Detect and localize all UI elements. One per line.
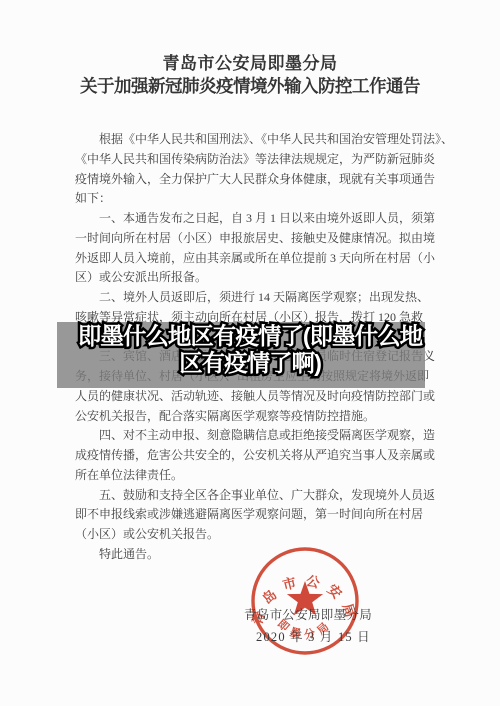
headline-line2: 区有疫情了啊) bbox=[0, 350, 500, 377]
doc-line: 如下： bbox=[75, 189, 437, 209]
doc-line: 根据《中华人民共和国刑法》、《中华人民共和国治安管理处罚法》、 bbox=[75, 130, 437, 150]
doc-title-agency: 青岛市公安局即墨分局 bbox=[0, 53, 500, 75]
doc-line: 外返即人员入境前，应由其亲属或所在单位提前 3 天向所在村居（小 bbox=[75, 249, 437, 269]
doc-line: 一时间向所在村居（小区）申报旅居史、接触史及健康情况。拟由境 bbox=[75, 229, 437, 249]
doc-line: 疫情境外输入，全力保护广大人民群众身体健康，现就有关事项通告 bbox=[75, 170, 437, 190]
doc-line: 成疫情传播，危害公共安全的，公安机关将从严追究当事人及亲属或 bbox=[75, 446, 437, 466]
doc-line: 公安机关报告，配合落实隔离医学观察等疫情防控措施。 bbox=[75, 407, 437, 427]
doc-line: 一、本通告发布之日起，自 3 月 1 日以来由境外返即人员，须第 bbox=[75, 209, 437, 229]
doc-line: 五、鼓励和支持全区各企事业单位、广大群众，发现境外人员返 bbox=[75, 486, 437, 506]
headline-line1: 即墨什么地区有疫情了(即墨什么地 bbox=[0, 323, 500, 350]
doc-line: 人员的健康状况、活动轨迹、接触人员等情况及时向疫情防控部门或 bbox=[75, 387, 437, 407]
doc-line: 二、境外人员返即后，须进行 14 天隔离医学观察；出现发热、 bbox=[75, 288, 437, 308]
doc-line: 《中华人民共和国传染病防治法》等法律法规规定，为严防新冠肺炎 bbox=[75, 150, 437, 170]
notice-photo: 青岛市公安局即墨分局 关于加强新冠肺炎疫情境外输入防控工作通告 根据《中华人民共… bbox=[0, 0, 500, 706]
doc-title-subject: 关于加强新冠肺炎疫情境外输入防控工作通告 bbox=[0, 75, 500, 98]
document-heading: 青岛市公安局即墨分局 关于加强新冠肺炎疫情境外输入防控工作通告 bbox=[0, 53, 500, 98]
doc-line: 即不申报线索或涉嫌逃避隔离医学观察问题，第一时间向所在村居 bbox=[75, 505, 437, 525]
signature-date: 2020 年 3 月 15 日 bbox=[256, 627, 371, 645]
doc-line: 四、对不主动申报、刻意隐瞒信息或拒绝接受隔离医学观察，造 bbox=[75, 426, 437, 446]
doc-line: （小区）或公安机关报告。 bbox=[75, 525, 437, 545]
signature-org: 青岛市公安局即墨分局 bbox=[244, 605, 372, 623]
headline-overlay: 即墨什么地区有疫情了(即墨什么地 区有疫情了啊) bbox=[0, 323, 500, 376]
doc-line: 区）或公安派出所报备。 bbox=[75, 268, 437, 288]
doc-line: 所在单位法律责任。 bbox=[75, 466, 437, 486]
